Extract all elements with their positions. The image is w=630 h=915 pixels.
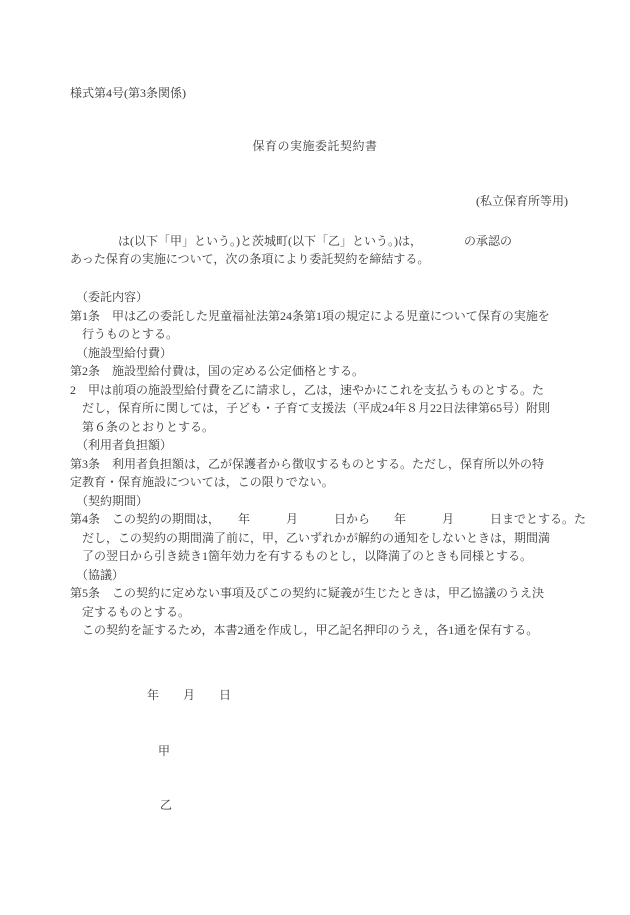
body-line: 第4条 この契約の期間は， 年 月 日から 年 月 日までとする。た [70, 510, 580, 529]
body-line: 定教育・保育施設については，この限りでない。 [70, 473, 580, 492]
body-line: だし，保育所に関しては，子ども・子育て支援法（平成24年８月22日法律第65号）… [70, 399, 580, 418]
intro-line: は(以下「甲」という。)と茨城町(以下「乙」という。)は， の承認の [70, 232, 575, 250]
body-line: 2 甲は前項の施設型給付費を乙に請求し，乙は，速やかにこれを支払うものとする。た [70, 381, 580, 400]
body-line: 了の翌日から引き続き1箇年効力を有するものとし，以降満了のときも同様とする。 [70, 547, 580, 566]
body-line: だし，この契約の期間満了前に，甲，乙いずれかが解約の通知をしないときは，期間満 [70, 529, 580, 548]
body-line: この契約を証するため，本書2通を作成し，甲乙記名押印のうえ，各1通を保有する。 [70, 621, 580, 640]
party-a-label: 甲 [158, 742, 170, 760]
intro-line: あった保育の実施について，次の条項により委託契約を締結する。 [70, 250, 575, 268]
contract-document-page: 様式第4号(第3条関係) 保育の実施委託契約書 (私立保育所等用) は(以下「甲… [0, 0, 630, 915]
form-number: 様式第4号(第3条関係) [70, 84, 186, 102]
body-line: 第3条 利用者負担額は，乙が保護者から徴収するものとする。ただし，保育所以外の特 [70, 455, 580, 474]
body-line: （施設型給付費） [70, 344, 580, 363]
body-line: 第5条 この契約に定めない事項及びこの契約に疑義が生じたときは，甲乙協議のうえ決 [70, 584, 580, 603]
contract-clauses: （委託内容） 第1条 甲は乙の委託した児童福祉法第24条第1項の規定による児童に… [70, 288, 580, 640]
body-line: 第1条 甲は乙の委託した児童福祉法第24条第1項の規定による児童について保育の実… [70, 307, 580, 326]
body-line: （協議） [70, 566, 580, 585]
body-line: 行うものとする。 [70, 325, 580, 344]
page-title: 保育の実施委託契約書 [0, 137, 630, 155]
body-line: （契約期間） [70, 492, 580, 511]
body-line: 第2条 施設型給付費は，国の定める公定価格とする。 [70, 362, 580, 381]
intro-paragraph: は(以下「甲」という。)と茨城町(以下「乙」という。)は， の承認の あった保育… [70, 232, 575, 268]
signature-date-line: 年 月 日 [147, 686, 231, 704]
usage-note: (私立保育所等用) [476, 192, 568, 210]
party-b-label: 乙 [160, 796, 172, 814]
body-line: （委託内容） [70, 288, 580, 307]
body-line: 第６条のとおりとする。 [70, 418, 580, 437]
body-line: （利用者負担額） [70, 436, 580, 455]
body-line: 定するものとする。 [70, 603, 580, 622]
